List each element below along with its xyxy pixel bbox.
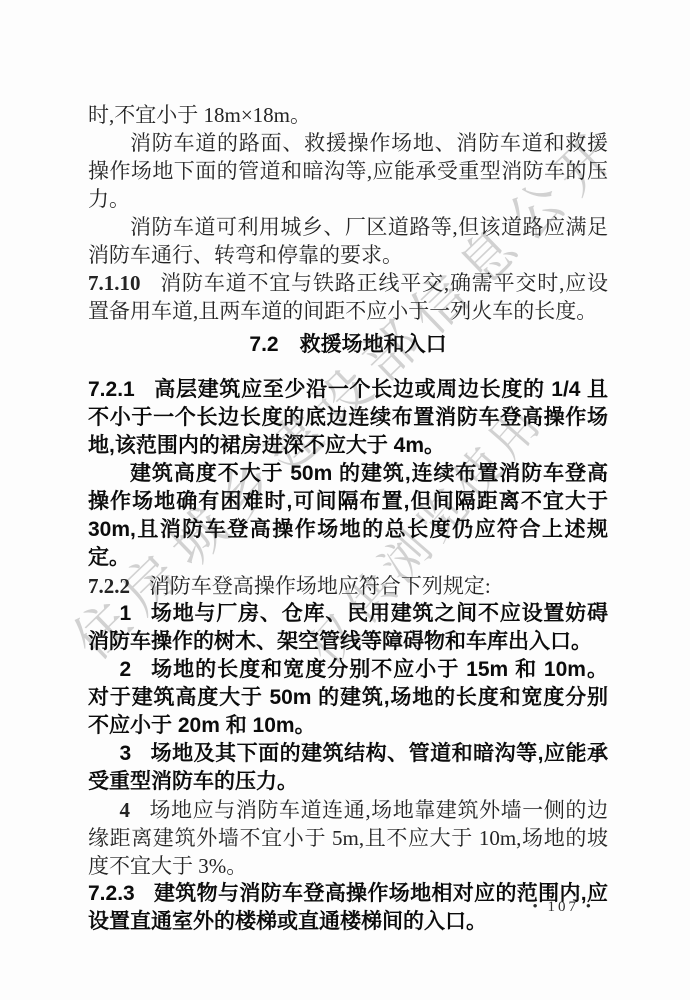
section-number: 7.2 (249, 333, 299, 356)
body-paragraph: 消防车道可利用城乡、厂区道路等,但该道路应满足消防车通行、转弯和停靠的要求。 (88, 213, 608, 269)
text-run: 场地及其下面的建筑结构、管道和暗沟等,应能承受重型消防车的压力。 (88, 742, 608, 793)
text-run: 高层建筑应至少沿一个长边或周边长度的 1/4 且不小于一个长边长度的底边连续布置… (88, 378, 608, 457)
clause-paragraph-7.2.2: 7.2.2消防车登高操作场地应符合下列规定: (88, 572, 608, 600)
paragraph-continuation: 时,不宜小于 18m×18m。 (88, 101, 608, 129)
document-page: 住房城乡建设部信息公开 仅供浏览使用 时,不宜小于 18m×18m。消防车道的路… (0, 0, 690, 1000)
clause-paragraph-7.2.1: 7.2.1高层建筑应至少沿一个长边或周边长度的 1/4 且不小于一个长边长度的底… (88, 376, 608, 460)
text-run: 场地应与消防车道连通,场地靠建筑外墙一侧的边缘距离建筑外墙不宜小于 5m,且不应… (88, 798, 608, 878)
page-number: • 107 • (532, 899, 594, 916)
text-run: 场地与厂房、仓库、民用建筑之间不应设置妨碍消防车操作的树木、架空管线等障碍物和车… (88, 602, 608, 653)
clause-item-4: 4场地应与消防车道连通,场地靠建筑外墙一侧的边缘距离建筑外墙不宜小于 5m,且不… (88, 796, 608, 880)
clause-paragraph-7.2.3: 7.2.3建筑物与消防车登高操作场地相对应的范围内,应设置直通室外的楼梯或直通楼… (88, 880, 608, 936)
clause-number: 7.1.10 (88, 271, 159, 295)
body-paragraph: 建筑高度不大于 50m 的建筑,连续布置消防车登高操作场地确有困难时,可间隔布置… (88, 460, 608, 572)
text-run: 建筑物与消防车登高操作场地相对应的范围内,应设置直通室外的楼梯或直通楼梯间的入口… (88, 882, 608, 933)
text-run: 消防车登高操作场地应符合下列规定: (149, 574, 491, 598)
clause-item-2: 2场地的长度和宽度分别不应小于 15m 和 10m。对于建筑高度大于 50m 的… (88, 656, 608, 740)
clause-item-3: 3场地及其下面的建筑结构、管道和暗沟等,应能承受重型消防车的压力。 (88, 740, 608, 796)
body-paragraph: 消防车道的路面、救援操作场地、消防车道和救援操作场地下面的管道和暗沟等,应能承受… (88, 129, 608, 213)
item-number: 4 (120, 798, 149, 822)
clause-number: 7.2.2 (88, 574, 149, 598)
section-title: 救援场地和入口 (300, 333, 447, 356)
clause-item-1: 1场地与厂房、仓库、民用建筑之间不应设置妨碍消防车操作的树木、架空管线等障碍物和… (88, 600, 608, 656)
document-content: 时,不宜小于 18m×18m。消防车道的路面、救援操作场地、消防车道和救援操作场… (88, 101, 608, 936)
text-run: 消防车道可利用城乡、厂区道路等,但该道路应满足消防车通行、转弯和停靠的要求。 (88, 215, 608, 267)
text-run: 时,不宜小于 18m×18m。 (88, 103, 311, 127)
item-number: 1 (120, 602, 151, 625)
text-run: 建筑高度不大于 50m 的建筑,连续布置消防车登高操作场地确有困难时,可间隔布置… (88, 462, 608, 569)
clause-paragraph-7.1.10: 7.1.10消防车道不宜与铁路正线平交,确需平交时,应设置备用车道,且两车道的间… (88, 269, 608, 325)
section-heading: 7.2救援场地和入口 (88, 331, 608, 359)
item-number: 3 (120, 742, 151, 765)
clause-number: 7.2.1 (88, 378, 154, 401)
item-number: 2 (120, 658, 151, 681)
text-run: 消防车道不宜与铁路正线平交,确需平交时,应设置备用车道,且两车道的间距不应小于一… (88, 271, 608, 323)
clause-number: 7.2.3 (88, 882, 154, 905)
text-run: 场地的长度和宽度分别不应小于 15m 和 10m。对于建筑高度大于 50m 的建… (88, 658, 608, 737)
text-run: 消防车道的路面、救援操作场地、消防车道和救援操作场地下面的管道和暗沟等,应能承受… (88, 131, 608, 211)
